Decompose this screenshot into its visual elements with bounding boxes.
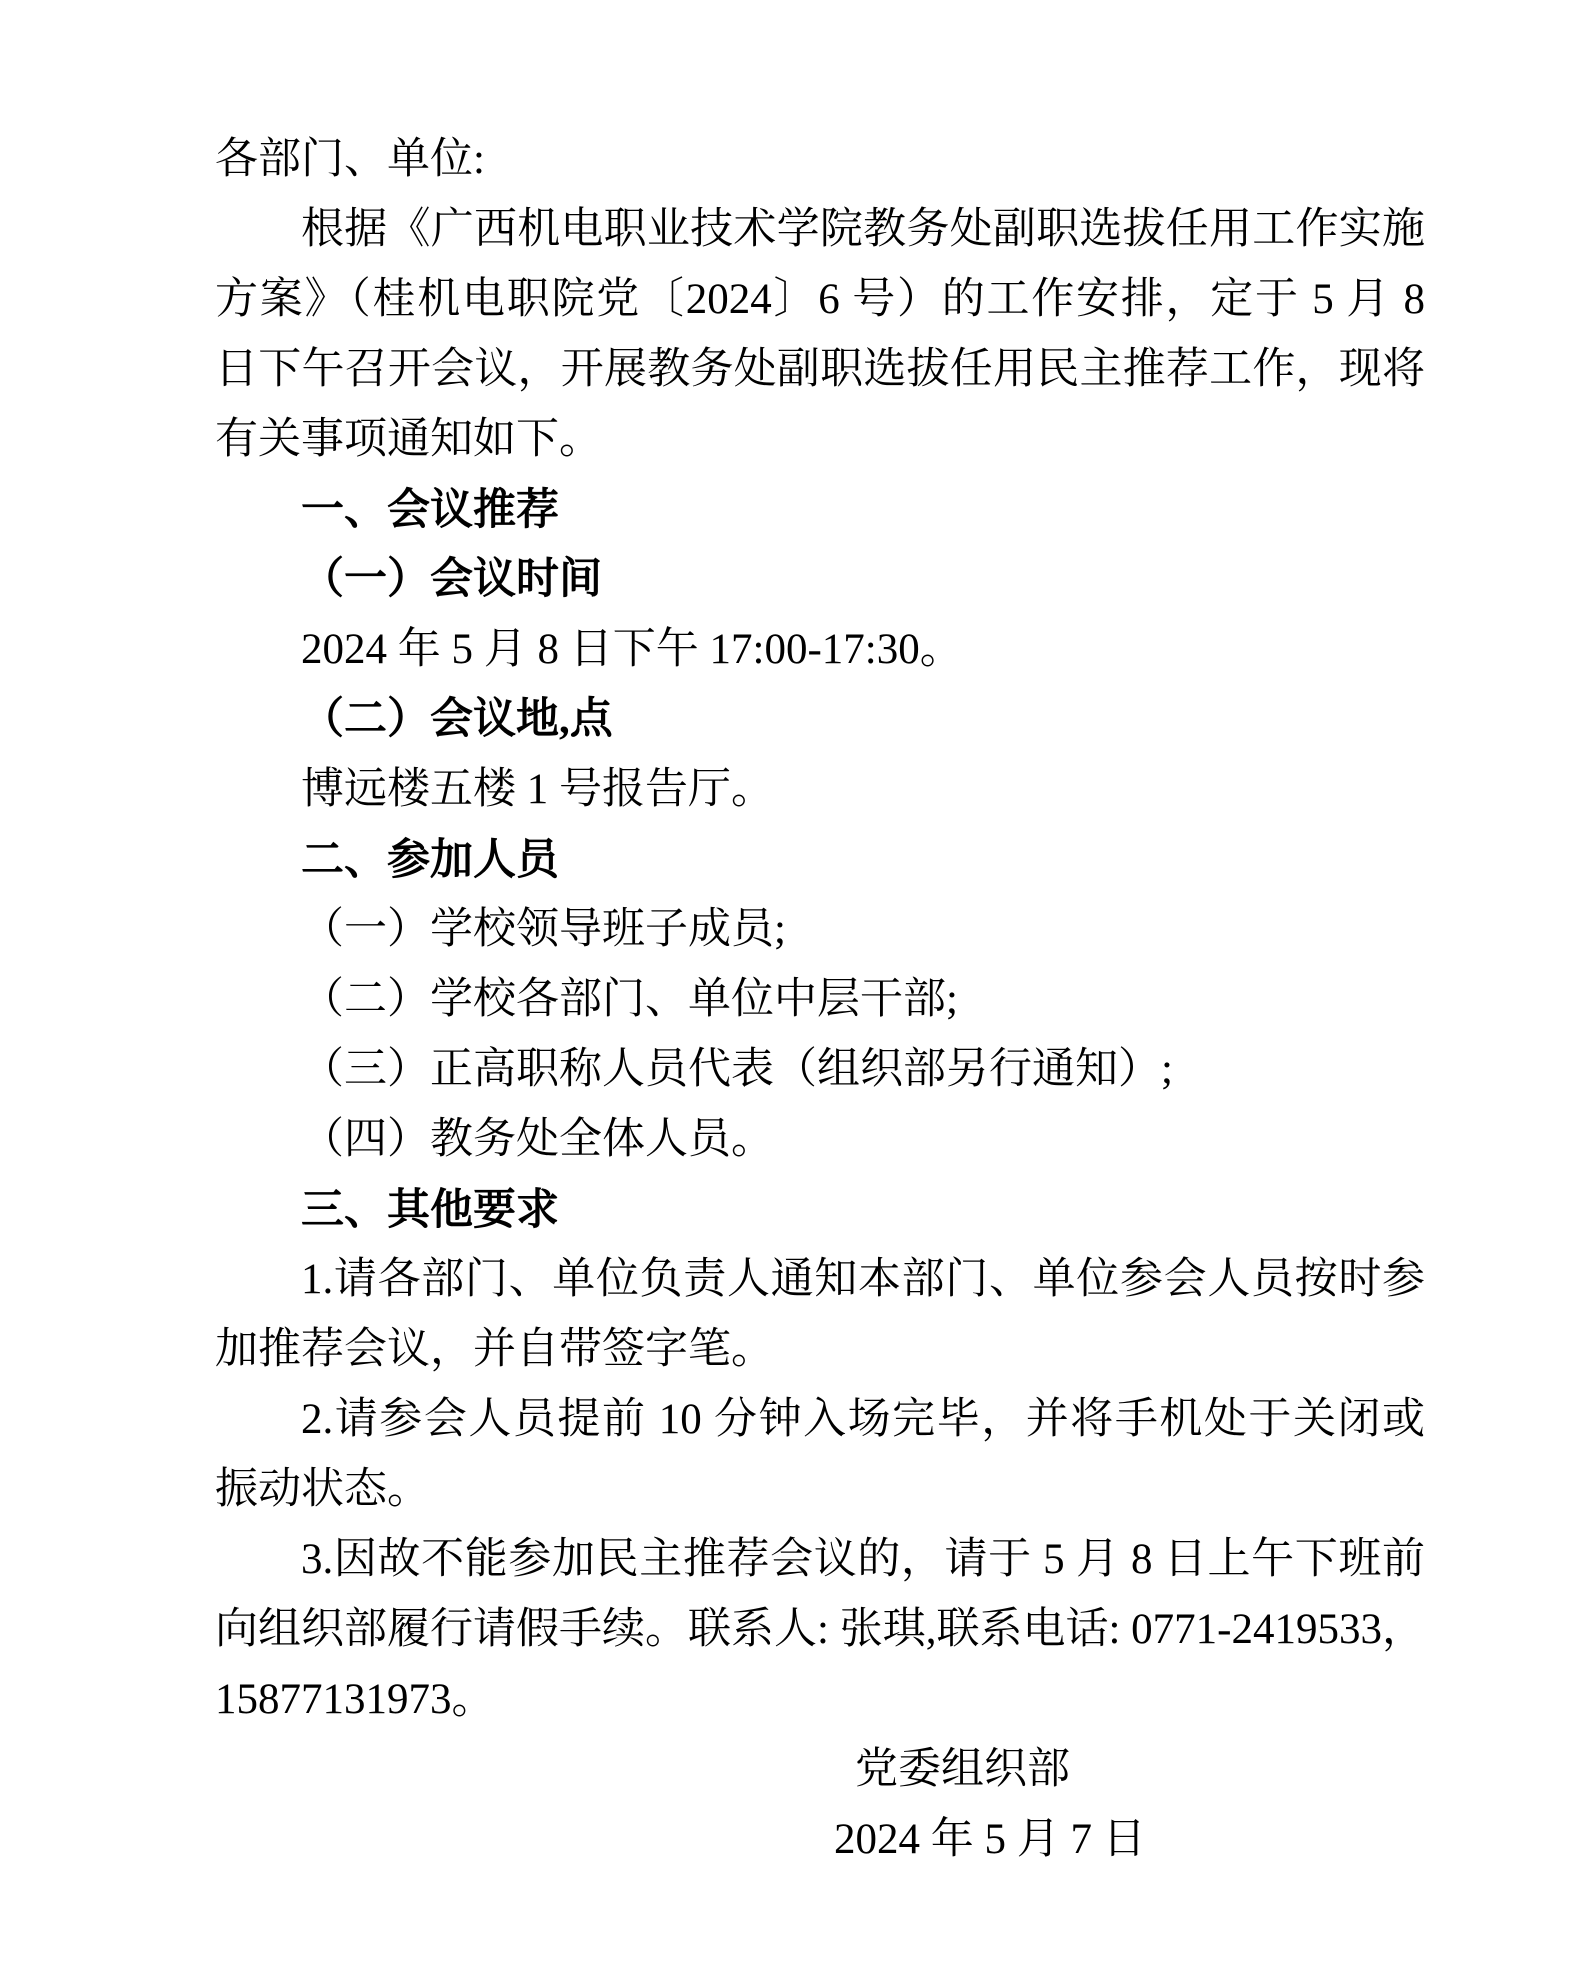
- requirement-2-line: 振动状态。: [215, 1455, 1425, 1525]
- salutation-line: 各部门、单位:: [215, 125, 1425, 195]
- requirement-3-line: 3.因故不能参加民主推荐会议的，请于 5 月 8 日上午下班前: [215, 1525, 1425, 1595]
- intro-line: 日下午召开会议，开展教务处副职选拔任用民主推荐工作，现将: [215, 335, 1425, 405]
- heading-meeting-recommendation: 一、会议推荐: [215, 475, 1425, 545]
- participant-item: （一）学校领导班子成员;: [215, 895, 1425, 965]
- heading-other-requirements: 三、其他要求: [215, 1175, 1425, 1245]
- subheading-meeting-place: （二）会议地,点: [215, 685, 1425, 755]
- participant-item: （二）学校各部门、单位中层干部;: [215, 965, 1425, 1035]
- intro-line: 方案》（桂机电职院党〔2024〕6 号）的工作安排，定于 5 月 8: [215, 265, 1425, 335]
- subheading-meeting-time: （一）会议时间: [215, 545, 1425, 615]
- intro-line: 根据《广西机电职业技术学院教务处副职选拔任用工作实施: [215, 195, 1425, 265]
- requirement-3-line: 15877131973。: [215, 1665, 1425, 1735]
- notice-page: 各部门、单位: 根据《广西机电职业技术学院教务处副职选拔任用工作实施 方案》（桂…: [0, 0, 1587, 1973]
- signature-date: 2024 年 5 月 7 日: [215, 1805, 1425, 1875]
- notice-body: 各部门、单位: 根据《广西机电职业技术学院教务处副职选拔任用工作实施 方案》（桂…: [215, 125, 1425, 1875]
- heading-participants: 二、参加人员: [215, 825, 1425, 895]
- requirement-1-line: 加推荐会议，并自带签字笔。: [215, 1315, 1425, 1385]
- meeting-place-value: 博远楼五楼 1 号报告厅。: [215, 755, 1425, 825]
- meeting-time-value: 2024 年 5 月 8 日下午 17:00-17:30。: [215, 615, 1425, 685]
- signature-org: 党委组织部: [215, 1735, 1425, 1805]
- requirement-2-line: 2.请参会人员提前 10 分钟入场完毕，并将手机处于关闭或: [215, 1385, 1425, 1455]
- intro-line: 有关事项通知如下。: [215, 405, 1425, 475]
- requirement-3-line: 向组织部履行请假手续。联系人: 张琪,联系电话: 0771-2419533，: [215, 1595, 1425, 1665]
- participant-item: （三）正高职称人员代表（组织部另行通知）;: [215, 1035, 1425, 1105]
- requirement-1-line: 1.请各部门、单位负责人通知本部门、单位参会人员按时参: [215, 1245, 1425, 1315]
- participant-item: （四）教务处全体人员。: [215, 1105, 1425, 1175]
